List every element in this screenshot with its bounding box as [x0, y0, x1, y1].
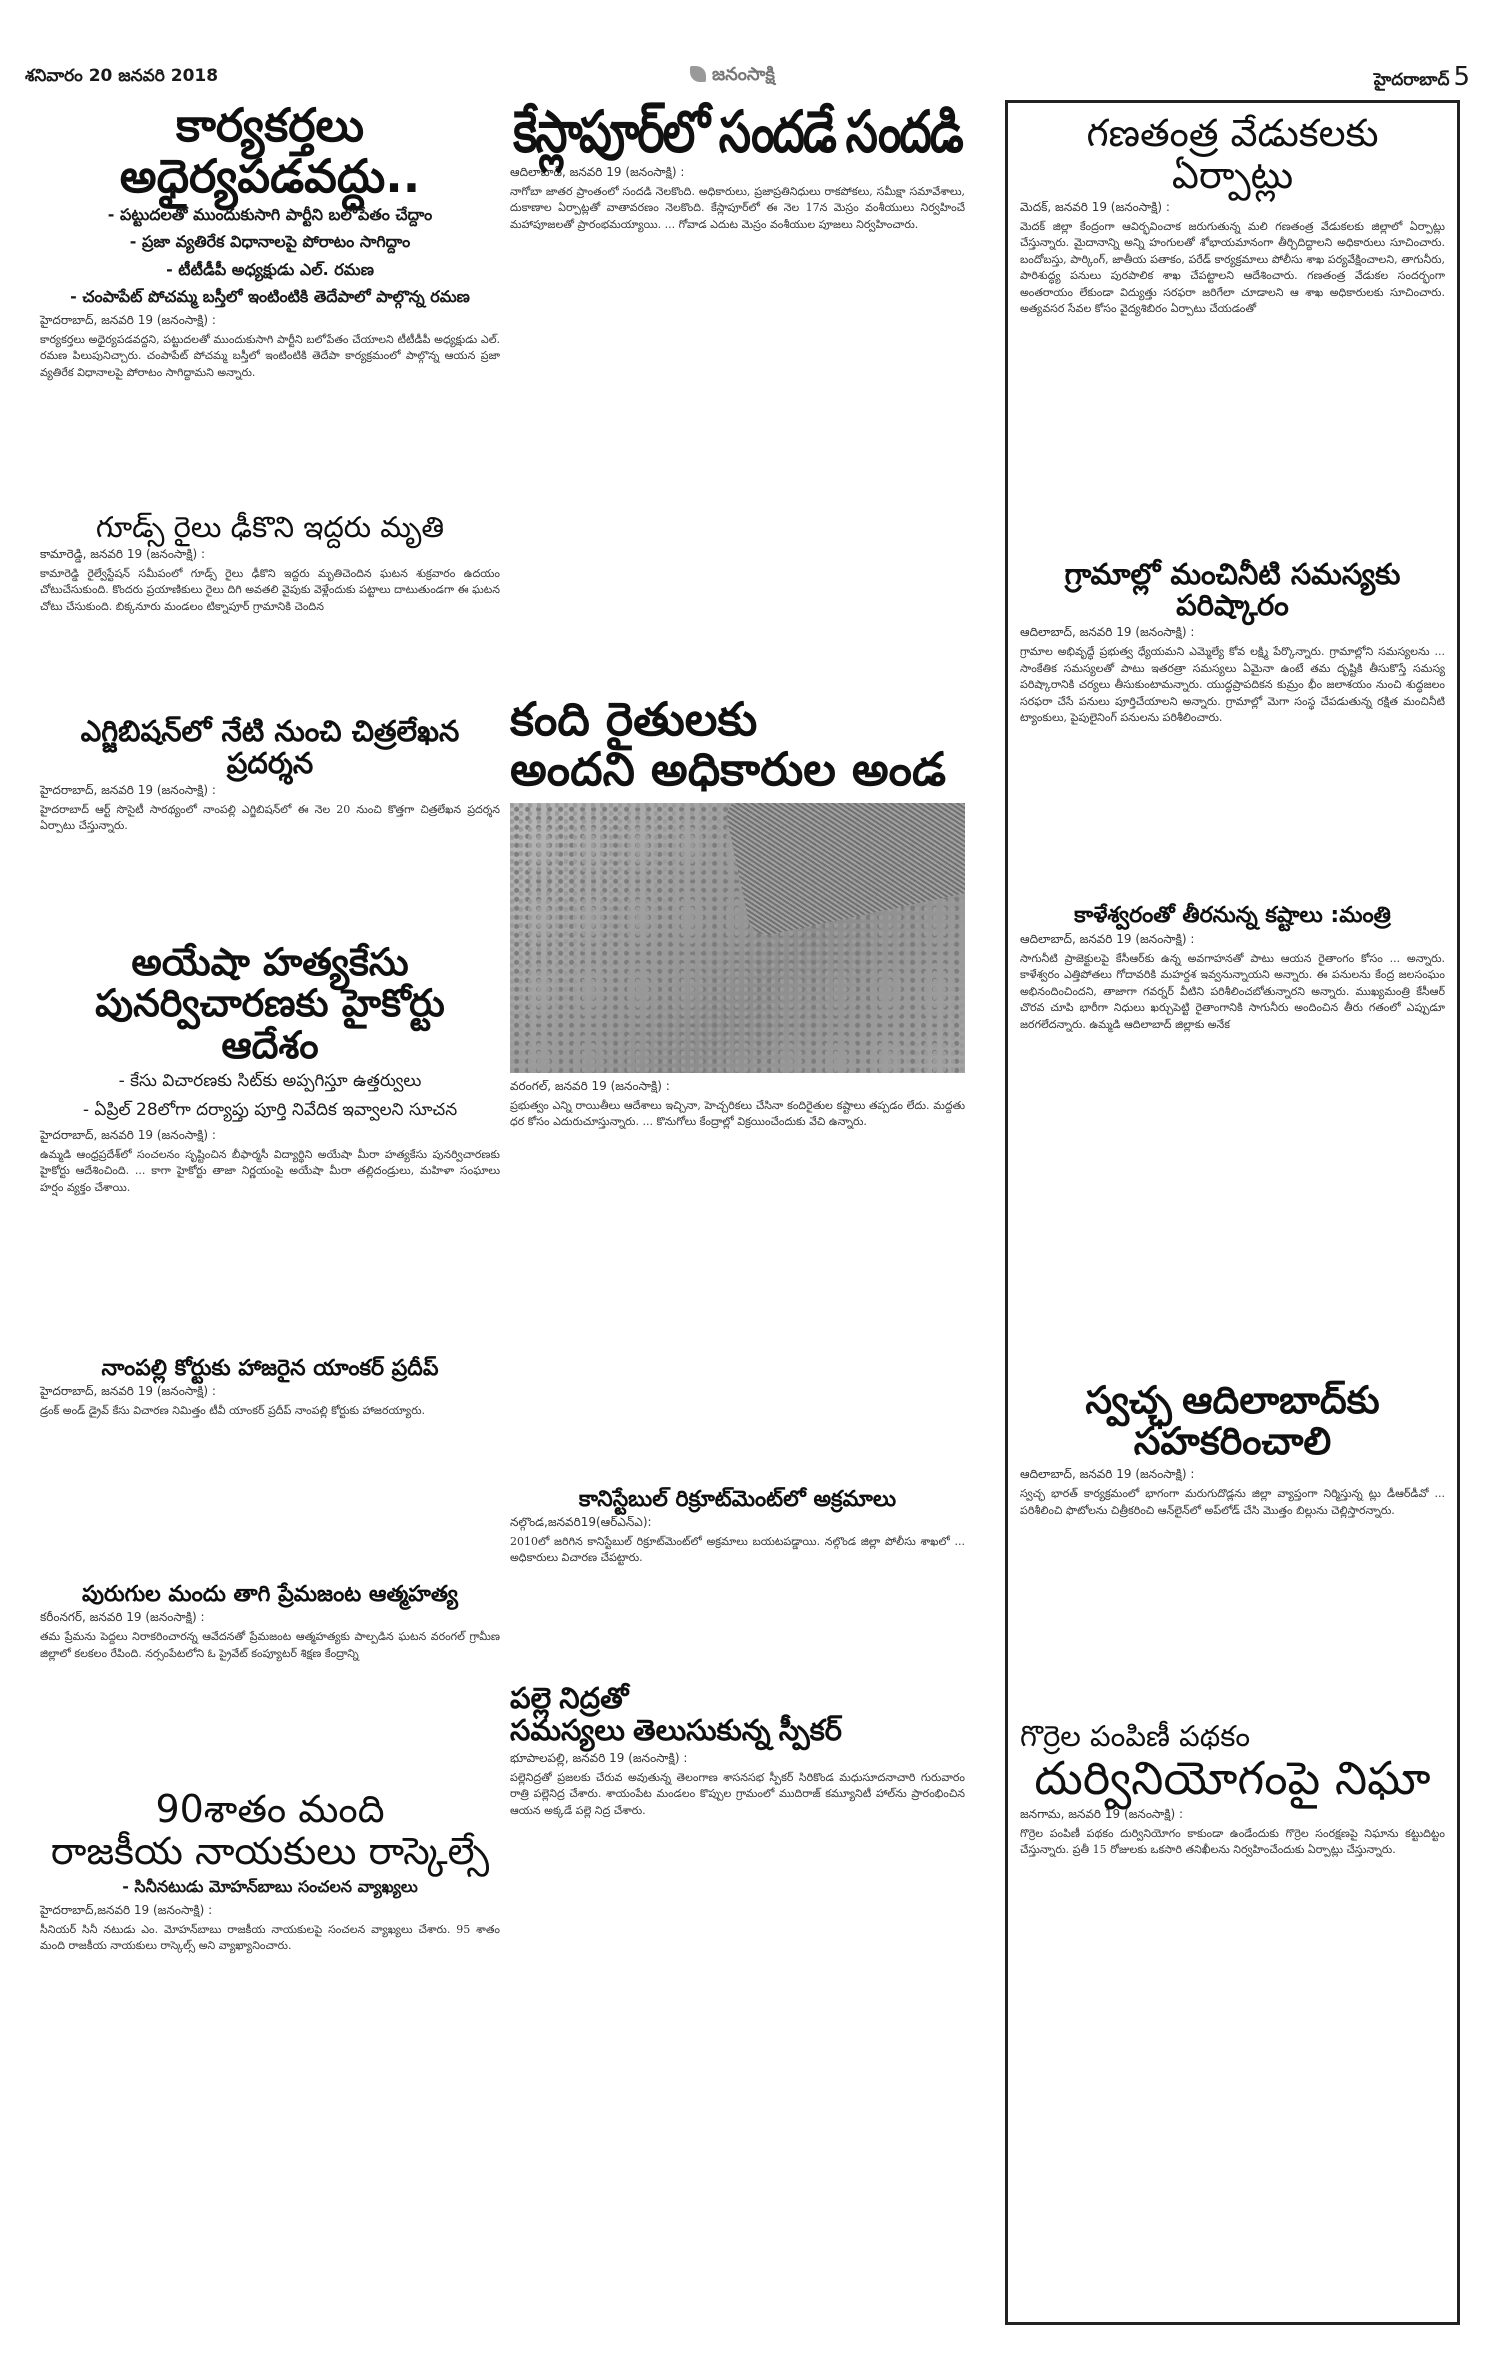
article-sheep-scheme: గొర్రెల పంపిణీ పథకం దుర్వినియోగంపై నిఘా …: [1020, 1721, 1445, 2295]
article-swachh-adilabad: స్వచ్ఛ ఆదిలాబాద్‌కు సహకరించాలి ఆదిలాబాద్…: [1020, 1381, 1445, 1712]
article-body: సీనియర్ సినీ నటుడు ఎం. మోహన్‌బాబు రాజకీయ…: [40, 1922, 500, 2182]
logo-text: జనంసాక్షి: [712, 64, 775, 85]
article-body: తమ ప్రేమను పెద్దలు నిరాకరించారన్న ఆవేదనత…: [40, 1629, 500, 1779]
headline: గ్రామాల్లో మంచినీటి సమస్యకు పరిష్కారం: [1020, 559, 1445, 623]
article-body: గొర్రెల పంపిణీ పథకం దుర్వినియోగం కాకుండా…: [1020, 1826, 1445, 2296]
article-body: పల్లెనిద్రతో ప్రజలకు చేరువ అవుతున్న తెలం…: [510, 1770, 965, 2060]
subhead: - ప్రజా వ్యతిరేక విధానాలపై పోరాటం సాగిద్…: [40, 228, 500, 255]
headline: ఎగ్జిబిషన్‌లో నేటి నుంచి చిత్రలేఖన ప్రదర…: [40, 716, 500, 780]
article-speaker: పల్లె నిద్రతో సమస్యలు తెలుసుకున్న స్పీకర…: [510, 1684, 965, 2060]
edition-city: హైదరాబాద్5: [1374, 62, 1470, 94]
headline-line2: పునర్విచారణకు హైకోర్టు ఆదేశం: [40, 983, 500, 1067]
headline-line2: సమస్యలు తెలుసుకున్న స్పీకర్: [510, 1716, 965, 1748]
page-masthead: శనివారం 20 జనవరి 2018 జనంసాక్షి హైదరాబాద…: [0, 62, 1500, 96]
article-body: నాగోబా జాతర ప్రాంతంలో సందడి నెలకొంది. అధ…: [510, 184, 965, 684]
subhead: - కేసు విచారణకు సిట్‌కు అప్పగిస్తూ ఉత్తర…: [40, 1067, 500, 1096]
article-mohanbabu: 90శాతం మంది రాజకీయ నాయకులు రాస్కెల్సే - …: [40, 1789, 500, 2182]
subhead: - టీటీడీపీ అధ్యక్షుడు ఎల్. రమణ: [40, 256, 500, 283]
dateline: భూపాలపల్లి, జనవరి 19 (జనంసాక్షి) :: [510, 1751, 965, 1768]
dateline: కరీంనగర్, జనవరి 19 (జనంసాక్షి) :: [40, 1610, 500, 1627]
edition-city-name: హైదరాబాద్: [1374, 70, 1450, 90]
article-body: సాగునీటి ప్రాజెక్టులపై కేసీఆర్‌కు ఉన్న అ…: [1020, 951, 1445, 1371]
dateline: మెదక్, జనవరి 19 (జనంసాక్షి) :: [1020, 200, 1445, 217]
headline: గణతంత్ర వేడుకలకు ఏర్పాట్లు: [1020, 113, 1445, 197]
article-love-couple: పురుగుల మందు తాగి ప్రేమజంట ఆత్మహత్య కరీం…: [40, 1583, 500, 1779]
article-body: స్వచ్ఛ భారత్ కార్యక్రమంలో భాగంగా మరుగుదొ…: [1020, 1486, 1445, 1711]
headline-line1: 90శాతం మంది: [40, 1789, 500, 1831]
dateline: వరంగల్, జనవరి 19 (జనంసాక్షి) :: [510, 1079, 965, 1096]
article-body: మెదక్ జిల్లా కేంద్రంగా ఆవిర్భవించాక జరుగ…: [1020, 219, 1445, 549]
headline-line1: పల్లె నిద్రతో: [510, 1684, 965, 1716]
article-body: ప్రభుత్వం ఎన్ని రాయితీలు ఆదేశాలు ఇచ్చినా…: [510, 1098, 965, 1478]
headline-line2: రాజకీయ నాయకులు రాస్కెల్సే: [40, 1831, 500, 1873]
dateline: హైదరాబాద్,జనవరి 19 (జనంసాక్షి) :: [40, 1903, 500, 1920]
dateline: హైదరాబాద్, జనవరి 19 (జనంసాక్షి) :: [40, 1384, 500, 1401]
dateline: ఆదిలాబాద్, జనవరి 19 (జనంసాక్షి) :: [1020, 932, 1445, 949]
dateline: కామారెడ్డి, జనవరి 19 (జనంసాక్షి) :: [40, 547, 500, 564]
dateline: హైదరాబాద్, జనవరి 19 (జనంసాక్షి) :: [40, 783, 500, 800]
dateline: నల్గొండ,జనవరి19(ఆర్‌ఎన్‌ఎ):: [510, 1515, 965, 1532]
subhead: - పట్టుదలతో ముందుకుసాగి పార్టీని బలోపేతం…: [40, 201, 500, 228]
logo-mark-icon: [690, 66, 706, 82]
headline-line1: కంది రైతులకు: [510, 694, 965, 745]
article-body: ఉమ్మడి ఆంధ్రప్రదేశ్‌లో సంచలనం సృష్టించిన…: [40, 1147, 500, 1347]
headline: కానిస్టేబుల్ రిక్రూట్‌మెంట్‌లో అక్రమాలు: [510, 1488, 965, 1512]
issue-date: శనివారం 20 జనవరి 2018: [25, 66, 218, 90]
headline: పురుగుల మందు తాగి ప్రేమజంట ఆత్మహత్య: [40, 1583, 500, 1607]
newspaper-logo: జనంసాక్షి: [690, 64, 775, 89]
article-body: 2010లో జరిగిన కానిస్టేబుల్ రిక్రూట్‌మెంట…: [510, 1534, 965, 1674]
article-republic-day: గణతంత్ర వేడుకలకు ఏర్పాట్లు మెదక్, జనవరి …: [1020, 113, 1445, 549]
article-body: కామారెడ్డి రైల్వేస్టేషన్ సమీపంలో గూడ్స్ …: [40, 566, 500, 706]
headline: గూడ్స్ రైలు ఢీకొని ఇద్దరు మృతి: [40, 512, 500, 544]
dateline: ఆదిలాబాద్, జనవరి 19 (జనంసాక్షి) :: [510, 165, 965, 182]
article-anchor-pradeep: నాంపల్లి కోర్టుకు హాజరైన యాంకర్ ప్రదీప్ …: [40, 1357, 500, 1573]
pulses-sack-photo: [510, 803, 965, 1073]
headline-line2: అందని అధికారుల అండ: [510, 744, 965, 795]
subhead: - సినీనటుడు మోహన్‌బాబు సంచలన వ్యాఖ్యలు: [40, 1873, 500, 1900]
dateline: ఆదిలాబాద్, జనవరి 19 (జనంసాక్షి) :: [1020, 625, 1445, 642]
headline-line1: అయేషా హత్యకేసు: [40, 942, 500, 984]
headline: దుర్వినియోగంపై నిఘా: [1020, 1753, 1445, 1804]
article-body: డ్రంక్ అండ్ డ్రైవ్ కేసు విచారణ నిమిత్తం …: [40, 1403, 500, 1573]
jute-sack-icon: [723, 803, 965, 938]
dateline: హైదరాబాద్, జనవరి 19 (జనంసాక్షి) :: [40, 313, 500, 330]
dateline: హైదరాబాద్, జనవరి 19 (జనంసాక్షి) :: [40, 1128, 500, 1145]
article-body: గ్రామాల అభివృద్ధే ప్రభుత్వ ధ్యేయమని ఎమ్మ…: [1020, 644, 1445, 894]
article-kaleshwaram: కాళేశ్వరంతో తీరనున్న కష్టాలు :మంత్రి ఆది…: [1020, 904, 1445, 1370]
article-kandi-farmers: కంది రైతులకు అందని అధికారుల అండ వరంగల్, …: [510, 694, 965, 1478]
article-body: హైదరాబాద్ ఆర్ట్ సొసైటీ సారథ్యంలో నాంపల్ల…: [40, 802, 500, 932]
headline: కేస్లాపూర్‌లో సందడే సందడి: [510, 100, 965, 163]
article-constable: కానిస్టేబుల్ రిక్రూట్‌మెంట్‌లో అక్రమాలు …: [510, 1488, 965, 1674]
article-exhibition: ఎగ్జిబిషన్‌లో నేటి నుంచి చిత్రలేఖన ప్రదర…: [40, 716, 500, 932]
dateline: జనగామ, జనవరి 19 (జనంసాక్షి) :: [1020, 1807, 1445, 1824]
column-middle: కేస్లాపూర్‌లో సందడే సందడి ఆదిలాబాద్, జనవ…: [510, 100, 965, 2070]
subhead: - చంపాపేట్ పోచమ్మ బస్తీలో ఇంటింటికి తెదే…: [40, 283, 500, 310]
subhead: - ఏప్రిల్ 28లోగా దర్యాప్తు పూర్తి నివేది…: [40, 1096, 500, 1125]
dateline: ఆదిలాబాద్, జనవరి 19 (జనంసాక్షి) :: [1020, 1467, 1445, 1484]
article-keslapur: కేస్లాపూర్‌లో సందడే సందడి ఆదిలాబాద్, జనవ…: [510, 100, 965, 684]
kicker: గొర్రెల పంపిణీ పథకం: [1020, 1721, 1445, 1753]
article-drinking-water: గ్రామాల్లో మంచినీటి సమస్యకు పరిష్కారం ఆద…: [1020, 559, 1445, 895]
column-left: కార్యకర్తలు అధైర్యపడవద్దు.. - పట్టుదలతో …: [40, 100, 500, 2192]
article-karyakartalu: కార్యకర్తలు అధైర్యపడవద్దు.. - పట్టుదలతో …: [40, 100, 500, 502]
column-right-boxed: గణతంత్ర వేడుకలకు ఏర్పాట్లు మెదక్, జనవరి …: [1005, 100, 1460, 2325]
article-body: కార్యకర్తలు అధైర్యపడవద్దని, పట్టుదలతో ము…: [40, 332, 500, 502]
headline: నాంపల్లి కోర్టుకు హాజరైన యాంకర్ ప్రదీప్: [40, 1357, 500, 1381]
headline: కాళేశ్వరంతో తీరనున్న కష్టాలు :మంత్రి: [1020, 904, 1445, 928]
article-ayesha-case: అయేషా హత్యకేసు పునర్విచారణకు హైకోర్టు ఆద…: [40, 942, 500, 1347]
article-goods-rail: గూడ్స్ రైలు ఢీకొని ఇద్దరు మృతి కామారెడ్డ…: [40, 512, 500, 706]
headline: స్వచ్ఛ ఆదిలాబాద్‌కు సహకరించాలి: [1020, 1381, 1445, 1465]
page-number: 5: [1453, 62, 1470, 92]
headline: కార్యకర్తలు అధైర్యపడవద్దు..: [40, 100, 500, 201]
